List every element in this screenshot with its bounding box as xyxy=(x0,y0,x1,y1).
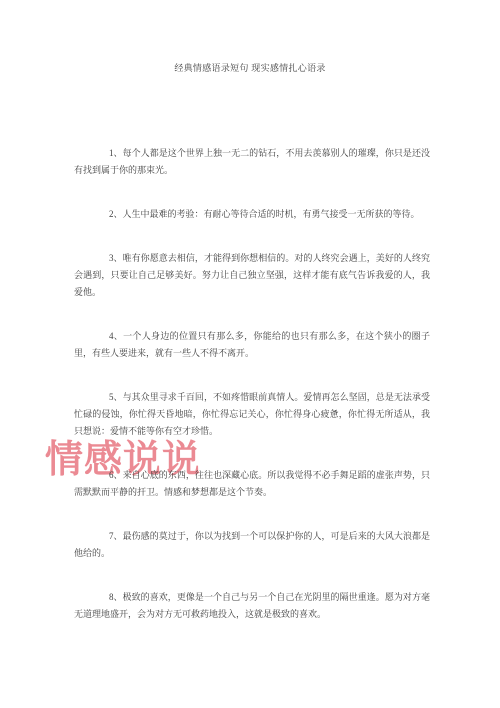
quote-paragraph: 8、极致的喜欢，更像是一个自己与另一个自己在光阴里的隔世重逢。愿为对方毫无道理地… xyxy=(74,589,430,623)
document-title: 经典情感语录短句 现实感情扎心语录 xyxy=(0,60,500,77)
quote-paragraph: 6、来自心底的东西，往往也深藏心底。所以我觉得不必手舞足蹈的虚张声势，只需默默而… xyxy=(74,467,430,501)
quote-paragraph: 3、唯有你愿意去相信，才能得到你想相信的。对的人终究会遇上，美好的人终究会遇到，… xyxy=(74,250,430,301)
document-content: 经典情感语录短句 现实感情扎心语录 1、每个人都是这个世界上独一无二的钻石，不用… xyxy=(0,0,500,623)
document-page: 情感说说 经典情感语录短句 现实感情扎心语录 1、每个人都是这个世界上独一无二的… xyxy=(0,0,500,708)
quote-paragraph: 1、每个人都是这个世界上独一无二的钻石，不用去羡慕别人的璀璨，你只是还没有找到属… xyxy=(74,145,430,179)
quote-paragraph: 4、一个人身边的位置只有那么多，你能给的也只有那么多，在这个狭小的圈子里，有些人… xyxy=(74,328,430,362)
quote-paragraph: 7、最伤感的莫过于，你以为找到一个可以保护你的人，可是后来的大风大浪都是他给的。 xyxy=(74,528,430,562)
quote-paragraph: 2、人生中最难的考验：有耐心等待合适的时机，有勇气接受一无所获的等待。 xyxy=(74,206,430,223)
quote-list: 1、每个人都是这个世界上独一无二的钻石，不用去羡慕别人的璀璨，你只是还没有找到属… xyxy=(0,145,500,623)
quote-paragraph: 5、与其众里寻求千百回，不如疼惜眼前真情人。爱情再怎么坚固，总是无法承受忙碌的侵… xyxy=(74,389,430,440)
